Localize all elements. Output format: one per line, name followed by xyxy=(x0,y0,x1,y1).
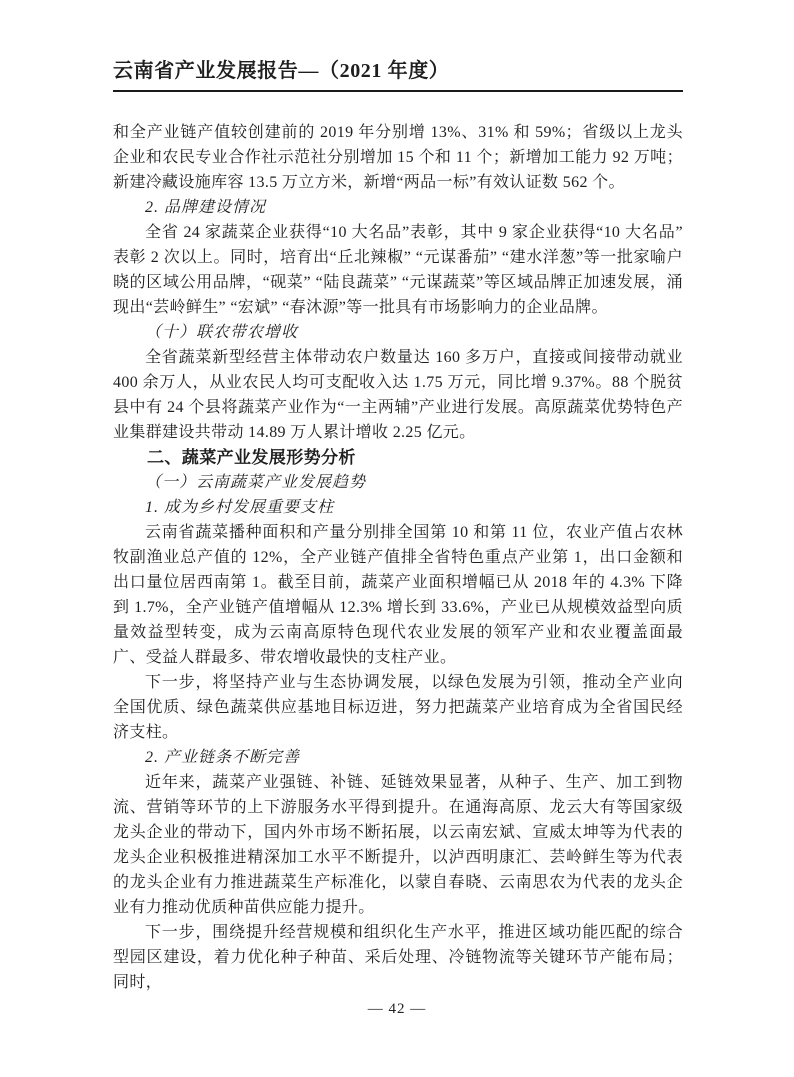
paragraph-rural-pillar: 云南省蔬菜播种面积和产量分别排全国第 10 和第 11 位，农业产值占农林牧副渔… xyxy=(113,520,683,670)
heading-brand-building: 2. 品牌建设情况 xyxy=(113,195,683,220)
heading-farmer-income: （十）联农带农增收 xyxy=(113,320,683,345)
document-page: 云南省产业发展报告—（2021 年度） 和全产业链产值较创建前的 2019 年分… xyxy=(0,0,794,1077)
paragraph-rural-pillar-next-step: 下一步，将坚持产业与生态协调发展，以绿色发展为引领，推动全产业向全国优质、绿色蔬… xyxy=(113,670,683,745)
heading-point-rural-pillar: 1. 成为乡村发展重要支柱 xyxy=(113,495,683,520)
document-body: 和全产业链产值较创建前的 2019 年分别增 13%、31% 和 59%；省级以… xyxy=(113,120,683,995)
paragraph-brand-building: 全省 24 家蔬菜企业获得“10 大名品”表彰，其中 9 家企业获得“10 大名… xyxy=(113,220,683,320)
page-header: 云南省产业发展报告—（2021 年度） xyxy=(113,0,683,92)
page-number: — 42 — xyxy=(0,1001,794,1018)
page-title: 云南省产业发展报告—（2021 年度） xyxy=(113,58,683,84)
heading-point-industry-chain: 2. 产业链条不断完善 xyxy=(113,745,683,770)
paragraph-farmer-income: 全省蔬菜新型经营主体带动农户数量达 160 多万户，直接或间接带动就业 400 … xyxy=(113,345,683,445)
paragraph-industry-chain: 近年来，蔬菜产业强链、补链、延链效果显著，从种子、生产、加工到物流、营销等环节的… xyxy=(113,770,683,920)
heading-subsection-development-trend: （一）云南蔬菜产业发展趋势 xyxy=(113,470,683,495)
paragraph-industry-chain-next-step: 下一步，围绕提升经营规模和组织化生产水平，推进区域功能匹配的综合型园区建设，着力… xyxy=(113,920,683,995)
paragraph-continued: 和全产业链产值较创建前的 2019 年分别增 13%、31% 和 59%；省级以… xyxy=(113,120,683,195)
heading-section-two-analysis: 二、蔬菜产业发展形势分析 xyxy=(113,445,683,470)
